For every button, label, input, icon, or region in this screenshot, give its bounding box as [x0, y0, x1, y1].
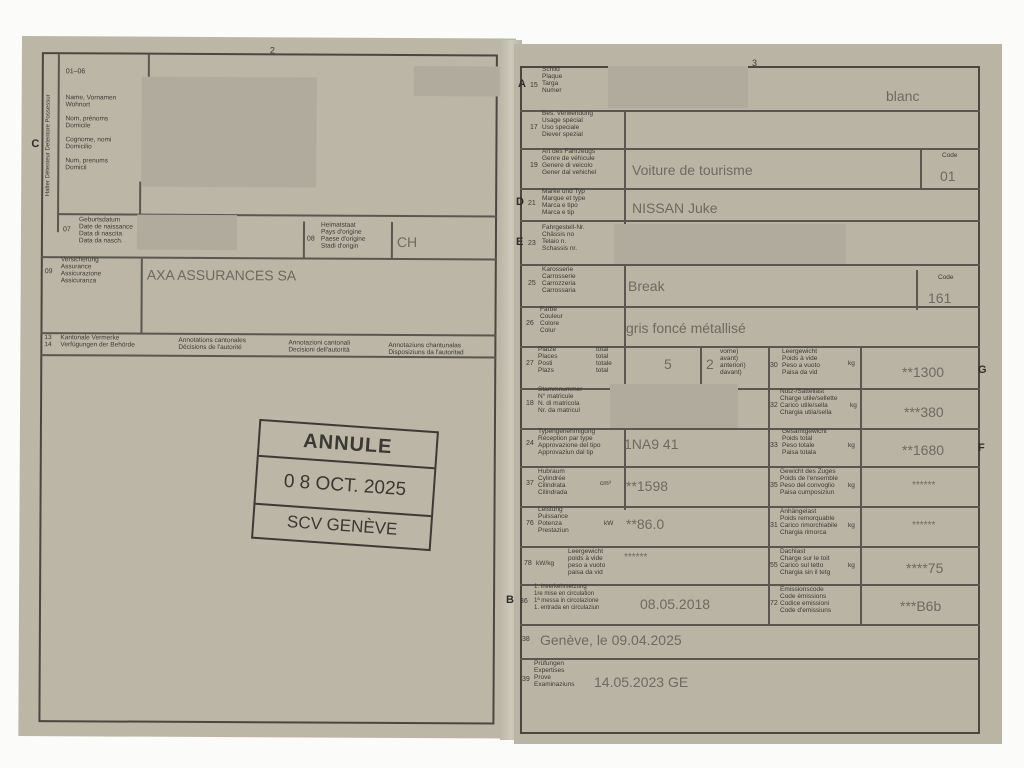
unit-kg: kg — [848, 360, 855, 367]
vehicle-type-code: 01 — [940, 168, 956, 184]
field-19-number: 19 — [530, 162, 538, 169]
divider — [520, 506, 980, 508]
divider — [391, 222, 393, 258]
roof-load-value: ****75 — [906, 560, 943, 576]
divider — [520, 306, 980, 308]
field-32-label: Nutz-/Sattellast Charge utile/sellette C… — [780, 388, 837, 416]
field-08-label: Heimatstaat Pays d'origine Paese d'origi… — [321, 222, 366, 250]
field-08-number: 08 — [307, 235, 315, 242]
body-type-code: 161 — [928, 290, 951, 306]
field-27-label: Plätze Places Posti Plazs — [538, 346, 558, 374]
field-32-number: 32 — [770, 402, 778, 409]
emission-code-value: ***B6b — [900, 598, 941, 614]
divider — [520, 346, 980, 348]
divider — [520, 466, 980, 468]
divider — [520, 188, 980, 190]
field-13-14-numbers: 13 14 — [44, 334, 51, 348]
side-marker-c: C — [31, 138, 39, 150]
field-15-label: Schild Plaque Targa Numer — [542, 66, 562, 94]
inspection-value: 14.05.2023 GE — [594, 674, 688, 690]
field-01-06-number: 01–06 — [66, 68, 86, 75]
field-33-label: Gesamtgewicht Poids total Peso totale Pa… — [782, 428, 827, 456]
train-weight-value: ****** — [912, 480, 935, 491]
marker-b: B — [506, 594, 514, 606]
unit-kg: kg — [848, 562, 855, 569]
field-72-number: 72 — [770, 600, 778, 607]
empty-weight-value: **1300 — [902, 364, 944, 380]
field-26-number: 26 — [526, 320, 534, 327]
insurance-value: AXA ASSURANCES SA — [147, 267, 296, 284]
field-39-label: Prüfungen Expertises Prove Examinaziuns — [534, 660, 574, 688]
field-31-number: 31 — [770, 522, 778, 529]
code-label: Code — [942, 152, 958, 159]
field-72-label: Emissionscode Code émissions Codice emis… — [780, 586, 831, 614]
field-18-number: 18 — [526, 400, 534, 407]
annotations-col-4: Annotaziuns chantunalas Disposiziuns da … — [388, 342, 463, 356]
divider — [860, 348, 862, 624]
first-registration-value: 08.05.2018 — [640, 596, 710, 612]
field-35-label: Gewicht des Zuges Poids de l'ensemble Pe… — [780, 468, 838, 496]
annotations-col-3: Annotazioni cantonali Decisioni dell'aut… — [288, 339, 350, 353]
field-37-label: Hubraum Cylindrée Cilindrata Cilindrada — [538, 468, 567, 496]
payload-value: ***380 — [904, 404, 944, 420]
redacted-chassis — [614, 224, 846, 266]
field-31-label: Anhängelast Poids remorquable Carico rim… — [780, 508, 837, 536]
marker-d: D — [516, 196, 524, 208]
issue-place-date-value: Genève, le 09.04.2025 — [540, 632, 682, 648]
annulled-stamp: ANNULE 0 8 OCT. 2025 SCV GENÈVE — [251, 419, 439, 551]
field-30-label: Leergewicht Poids à vide Peso a vuoto Pa… — [782, 348, 820, 376]
divider — [303, 221, 305, 257]
redacted-plate — [608, 66, 748, 108]
type-approval-value: 1NA9 41 — [624, 436, 678, 452]
field-25-number: 25 — [528, 280, 536, 287]
divider — [520, 624, 980, 626]
divider — [920, 148, 922, 188]
field-21-label: Marke und Typ Marque et type Marca e tip… — [542, 188, 585, 216]
make-model-value: NISSAN Juke — [632, 200, 718, 216]
field-78-number: 78 — [524, 560, 532, 567]
unit-kg: kg — [848, 482, 855, 489]
annotations-col-1: Kantonale Vermerke Verfügungen der Behör… — [60, 334, 135, 348]
holder-section-label: Halter Détenteur Detentore Possessur — [45, 94, 53, 196]
field-17-number: 17 — [530, 124, 538, 131]
field-23-label: Fahrgestell-Nr. Châssis no Telaio n. Sch… — [542, 224, 585, 252]
field-07-number: 07 — [63, 226, 71, 233]
field-01-06-label: Name, Vornamen Wohnort Nom, prénoms Domi… — [65, 94, 116, 171]
divider — [700, 348, 702, 388]
field-35-number: 35 — [770, 482, 778, 489]
field-23-number: 23 — [528, 240, 536, 247]
power-unit: kW — [604, 520, 613, 527]
code-label: Code — [938, 274, 954, 281]
divider — [520, 388, 980, 390]
field-39-number: 39 — [522, 676, 530, 683]
field-09-label: Versicherung Assurance Assicurazione Ass… — [61, 256, 102, 284]
field-26-label: Farbe Couleur Colore Colur — [540, 306, 563, 334]
field-78-label: kW/kg — [536, 560, 554, 567]
field-07-label: Geburtsdatum Date de naissance Data di n… — [79, 216, 133, 244]
divider — [520, 658, 980, 660]
field-78-sublabel: Leergewicht poids à vide peso a vuoto pa… — [568, 548, 605, 576]
field-27-number: 27 — [526, 360, 534, 367]
redacted-holder-name — [141, 77, 317, 188]
marker-e: E — [516, 236, 523, 248]
field-17-label: Bes. Verwendung Usage spécial Uso specia… — [542, 110, 593, 138]
redacted-matricule — [610, 384, 738, 430]
plate-color-value: blanc — [886, 88, 919, 104]
seats-total-value: 5 — [664, 356, 672, 372]
seats-front-label: vorne) avant) anteriori) davant) — [720, 348, 746, 376]
left-page: 2 C Halter Détenteur Detentore Possessur… — [18, 36, 516, 739]
field-30-number: 30 — [770, 362, 778, 369]
field-36-number: 36 — [520, 598, 528, 605]
body-type-value: Break — [628, 278, 665, 294]
field-38-number: 38 — [522, 636, 530, 643]
field-08-value: CH — [397, 234, 417, 250]
field-24-label: Typengenehmigung Réception par type Appr… — [538, 428, 601, 456]
marker-g: G — [978, 364, 987, 376]
towing-weight-value: ****** — [912, 520, 935, 531]
field-25-label: Karosserie Carrosserie Carrozzeria Carro… — [542, 266, 576, 294]
unit-kg: kg — [848, 522, 855, 529]
unit-kg: kg — [848, 442, 855, 449]
field-21-number: 21 — [528, 200, 536, 207]
marker-f: F — [978, 442, 985, 454]
redacted-birthdate — [137, 215, 237, 251]
field-18-label: Stammnummer N° matricule N. di matricola… — [538, 386, 582, 414]
seats-front-value: 2 — [706, 356, 714, 372]
field-09-number: 09 — [45, 268, 53, 275]
unit-kg: kg — [850, 402, 857, 409]
field-76-label: Leistung Puissance Potenza Prestaziun — [538, 506, 569, 534]
redacted-field — [414, 66, 500, 96]
color-value: gris foncé métallisé — [626, 320, 746, 336]
marker-a: A — [518, 78, 526, 90]
divider — [520, 220, 980, 222]
field-55-number: 55 — [770, 562, 778, 569]
cylinder-unit: cm³ — [600, 480, 611, 487]
field-55-label: Dachlast Charge sur le toit Carico sul t… — [780, 548, 830, 576]
field-37-number: 37 — [526, 480, 534, 487]
field-24-number: 24 — [526, 440, 534, 447]
field-76-number: 76 — [526, 520, 534, 527]
total-weight-value: **1680 — [902, 442, 944, 458]
field-36-label: 1. Inverkehrsetzung 1re mise en circulat… — [534, 584, 599, 612]
divider — [520, 264, 980, 266]
power-weight-value: ****** — [624, 552, 647, 563]
divider — [916, 270, 918, 310]
right-page: 3 A 15 Schild Plaque Targa Numer blanc 1… — [514, 44, 1002, 744]
vehicle-type-value: Voiture de tourisme — [632, 162, 753, 178]
field-19-label: Art des Fahrzeugs Genre de véhicule Gene… — [542, 148, 596, 176]
field-27-total-label: total total totale total — [596, 346, 612, 374]
cylinder-value: **1598 — [626, 478, 668, 494]
annotations-col-2: Annotations cantonales Décisions de l'au… — [178, 337, 246, 351]
field-33-number: 33 — [770, 442, 778, 449]
field-15-number: 15 — [530, 82, 538, 89]
power-value: **86.0 — [626, 516, 664, 532]
